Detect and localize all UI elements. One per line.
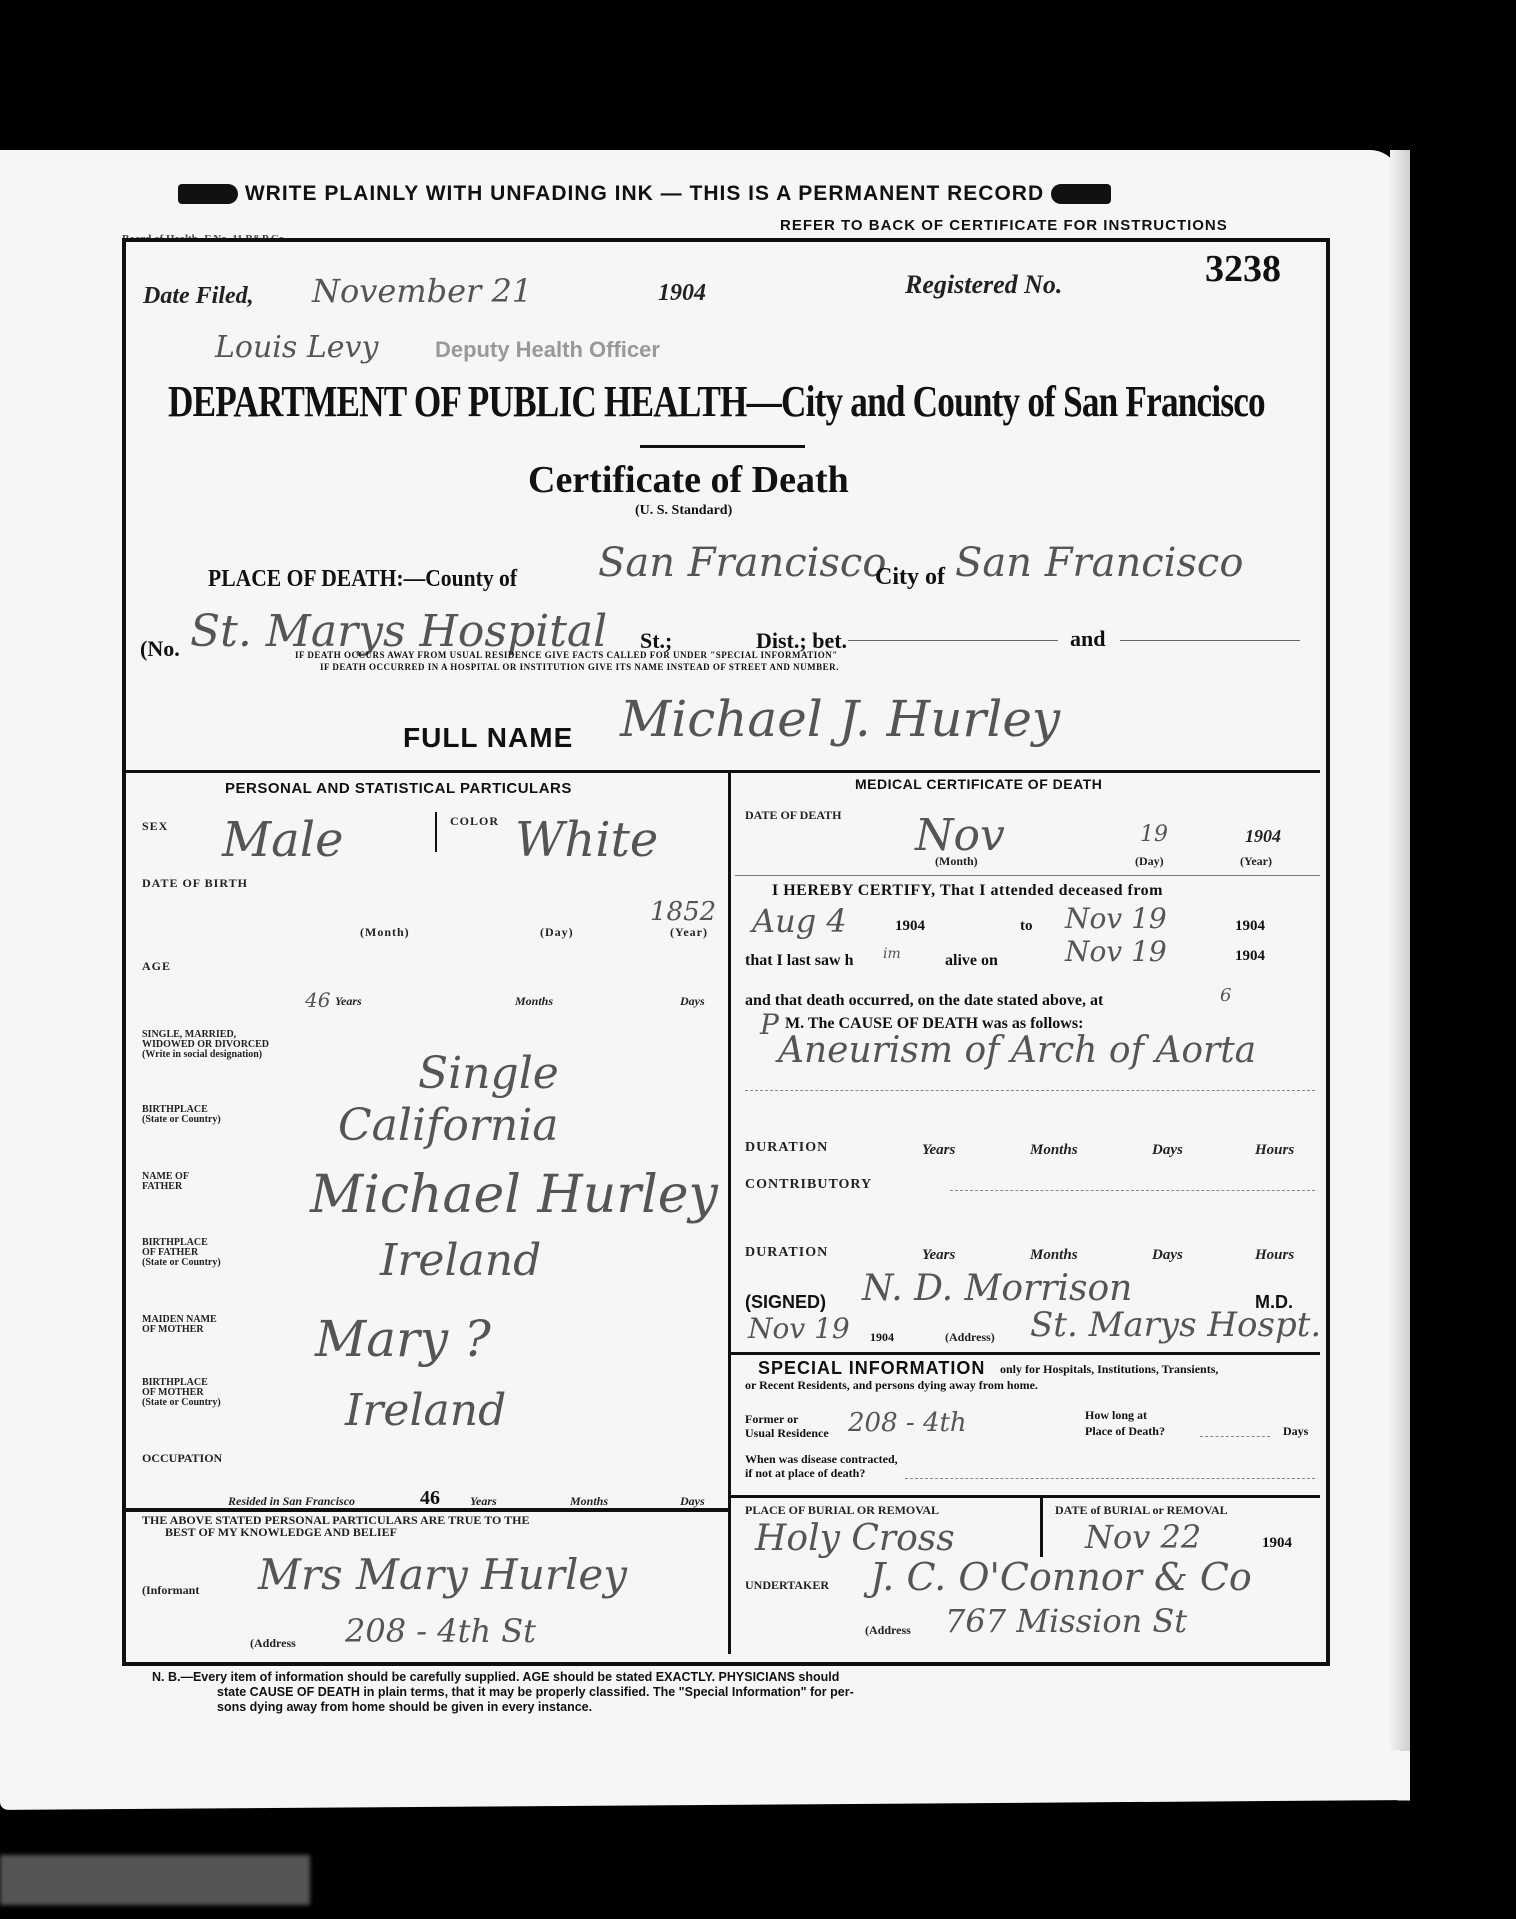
officer-title: Deputy Health Officer: [435, 337, 660, 363]
burial-place-label: PLACE OF BURIAL OR REMOVAL: [745, 1505, 939, 1515]
residence-label-1: Former or: [745, 1412, 798, 1427]
father-label-2: FATHER: [142, 1182, 182, 1192]
undertaker-name: J. C. O'Connor & Co: [870, 1555, 1252, 1599]
duration-label: DURATION: [745, 1143, 828, 1153]
footer-note: N. B.—Every item of information should b…: [152, 1670, 1232, 1715]
mother-birthplace-value: Ireland: [345, 1385, 506, 1436]
section-divider: [126, 770, 1320, 773]
age-label: AGE: [142, 960, 171, 972]
registered-number: 3238: [1205, 247, 1281, 291]
place-of-death-label: PLACE OF DEATH:—County of: [208, 566, 517, 593]
medical-address-label: (Address): [945, 1332, 995, 1342]
signed-year: 1904: [870, 1330, 894, 1345]
mother-value: Mary ?: [315, 1310, 491, 1368]
burial-date: Nov 22: [1085, 1518, 1201, 1556]
age-days-label: Days: [680, 994, 705, 1009]
marital-label-3: (Write in social designation): [142, 1050, 262, 1060]
contributory-line: [950, 1190, 1315, 1191]
date-filed-label: Date Filed,: [143, 283, 254, 310]
duration-months-2: Months: [1030, 1247, 1078, 1264]
color-value: White: [515, 812, 658, 868]
duration-years: Years: [922, 1142, 955, 1159]
attest-line-1: THE ABOVE STATED PERSONAL PARTICULARS AR…: [142, 1515, 529, 1525]
resided-months-label: Months: [570, 1494, 608, 1509]
banner-text: WRITE PLAINLY WITH UNFADING INK — THIS I…: [245, 182, 1044, 205]
burial-top-divider: [730, 1495, 1320, 1498]
sex-label: SEX: [142, 820, 168, 832]
medical-address: St. Marys Hospt.: [1030, 1305, 1321, 1345]
contracted-label-2: if not at place of death?: [745, 1466, 865, 1481]
duration-days-2: Days: [1152, 1247, 1183, 1264]
residence-label-2: Usual Residence: [745, 1426, 829, 1441]
attended-to-year: 1904: [1235, 918, 1265, 935]
and-label: and: [1070, 626, 1105, 652]
cause-value: Aneurism of Arch of Aorta: [778, 1030, 1256, 1071]
father-birthplace-value: Ireland: [380, 1235, 541, 1286]
burial-year: 1904: [1262, 1535, 1292, 1552]
signed-name: N. D. Morrison: [862, 1268, 1132, 1309]
undertaker-address-label: (Address: [865, 1625, 911, 1635]
dob-year: 1852: [650, 897, 716, 927]
age-years: 46: [305, 988, 330, 1012]
dod-day-label: (Day): [1135, 856, 1164, 866]
special-top-divider: [730, 1352, 1320, 1355]
dod-year: 1904: [1245, 826, 1281, 847]
dod-day: 19: [1140, 822, 1168, 847]
duration-label-2: DURATION: [745, 1248, 828, 1258]
informant-name: Mrs Mary Hurley: [258, 1550, 627, 1599]
place-note-2: IF DEATH OCCURRED IN A HOSPITAL OR INSTI…: [320, 662, 839, 672]
burial-place: Holy Cross: [755, 1518, 955, 1559]
attended-from-year: 1904: [895, 918, 925, 935]
footer-line-2: state CAUSE OF DEATH in plain terms, tha…: [152, 1685, 1232, 1700]
undertaker-address: 767 Mission St: [945, 1602, 1187, 1640]
marital-value: Single: [418, 1048, 559, 1099]
certificate-title: Certificate of Death: [528, 458, 849, 502]
special-heading: SPECIAL INFORMATION: [758, 1358, 985, 1379]
dod-label: DATE OF DEATH: [745, 810, 841, 820]
sex-value: Male: [222, 812, 344, 868]
contributory-label: CONTRIBUTORY: [745, 1180, 872, 1190]
dod-month-label: (Month): [935, 856, 978, 866]
pointing-hand-left-icon: [1051, 184, 1111, 204]
last-saw-pronoun: im: [883, 946, 901, 962]
mother-bp-label-3: (State or Country): [142, 1398, 221, 1408]
date-filed-year: 1904: [658, 280, 706, 307]
duration-days: Days: [1152, 1142, 1183, 1159]
cause-line: [745, 1090, 1315, 1091]
informant-address: 208 - 4th St: [345, 1612, 536, 1650]
alive-on-label: alive on: [945, 952, 998, 970]
informant-label: (Informant: [142, 1585, 199, 1595]
to-label: to: [1020, 918, 1033, 935]
duration-months: Months: [1030, 1142, 1078, 1159]
footer-line-1: N. B.—Every item of information should b…: [152, 1670, 1232, 1685]
age-years-label: Years: [335, 994, 362, 1009]
birthplace-label-2: (State or Country): [142, 1115, 221, 1125]
occupation-label: OCCUPATION: [142, 1453, 222, 1463]
registered-label: Registered No.: [905, 270, 1062, 300]
title-divider: [640, 445, 805, 448]
date-filed-value: November 21: [312, 272, 532, 310]
duration-hours-2: Hours: [1255, 1247, 1294, 1264]
how-long-line: [1200, 1436, 1270, 1437]
how-long-label-2: Place of Death?: [1085, 1424, 1165, 1439]
dod-year-label: (Year): [1240, 856, 1272, 866]
officer-signature: Louis Levy: [215, 330, 378, 365]
column-divider: [728, 772, 731, 1654]
personal-heading: PERSONAL AND STATISTICAL PARTICULARS: [225, 780, 572, 797]
attended-to: Nov 19: [1065, 902, 1167, 935]
city-value: San Francisco: [955, 540, 1243, 586]
dist-line: [848, 640, 1058, 641]
banner: WRITE PLAINLY WITH UNFADING INK — THIS I…: [178, 182, 1111, 206]
department-title: DEPARTMENT OF PUBLIC HEALTH—City and Cou…: [168, 376, 1265, 427]
resided-years: 46: [420, 1487, 440, 1510]
certify-text: I HEREBY CERTIFY, That I attended deceas…: [772, 882, 1163, 900]
and-line: [1120, 640, 1300, 641]
resided-days-label: Days: [680, 1494, 705, 1509]
no-label: (No.: [140, 636, 180, 662]
residence-value: 208 - 4th: [848, 1408, 967, 1438]
undertaker-label: UNDERTAKER: [745, 1580, 829, 1590]
special-heading-line2: or Recent Residents, and persons dying a…: [745, 1378, 1038, 1393]
dob-day-label: (Day): [540, 926, 574, 938]
birthplace-value: California: [338, 1100, 559, 1151]
pointing-hand-icon: [178, 184, 238, 204]
instructions-note: REFER TO BACK OF CERTIFICATE FOR INSTRUC…: [780, 217, 1228, 234]
dod-divider: [735, 875, 1320, 876]
age-months-label: Months: [515, 994, 553, 1009]
page-edge: [1390, 150, 1410, 1750]
signed-label: (SIGNED): [745, 1292, 826, 1313]
duration-hours: Hours: [1255, 1142, 1294, 1159]
burial-divider: [1040, 1497, 1043, 1557]
medical-heading: MEDICAL CERTIFICATE OF DEATH: [855, 776, 1102, 792]
mother-label-2: OF MOTHER: [142, 1325, 204, 1335]
duration-years-2: Years: [922, 1247, 955, 1264]
how-long-days-label: Days: [1283, 1424, 1308, 1439]
special-heading-rest: only for Hospitals, Institutions, Transi…: [1000, 1362, 1218, 1377]
sex-color-divider: [435, 812, 437, 852]
footer-line-3: sons dying away from home should be give…: [152, 1700, 1232, 1715]
resided-label: Resided in San Francisco: [228, 1494, 355, 1509]
full-name-label: FULL NAME: [403, 722, 573, 754]
informant-address-label: (Address: [250, 1638, 296, 1648]
attended-from: Aug 4: [752, 902, 847, 940]
place-note-1: IF DEATH OCCURS AWAY FROM USUAL RESIDENC…: [295, 650, 838, 660]
color-label: COLOR: [450, 815, 499, 827]
city-label: City of: [875, 564, 945, 591]
father-bp-label-3: (State or Country): [142, 1258, 221, 1268]
full-name-value: Michael J. Hurley: [620, 690, 1060, 748]
personal-bottom-divider: [126, 1508, 730, 1512]
resided-years-label: Years: [470, 1494, 497, 1509]
page-bottom-edge: [0, 1750, 1410, 1810]
last-saw-label: that I last saw h: [745, 952, 853, 970]
county-value: San Francisco: [598, 540, 886, 586]
dob-month-label: (Month): [360, 926, 410, 938]
burial-date-label: DATE of BURIAL or REMOVAL: [1055, 1505, 1228, 1515]
dob-year-label: (Year): [670, 926, 708, 938]
contracted-line: [905, 1478, 1315, 1479]
father-value: Michael Hurley: [310, 1165, 718, 1225]
last-saw-year: 1904: [1235, 948, 1265, 965]
occurred-text: and that death occurred, on the date sta…: [745, 992, 1103, 1010]
time-hour: 6: [1220, 985, 1231, 1006]
contracted-label-1: When was disease contracted,: [745, 1452, 898, 1467]
standard-label: (U. S. Standard): [635, 503, 732, 519]
time-ampm: P: [760, 1008, 779, 1041]
dob-label: DATE OF BIRTH: [142, 877, 248, 889]
scan-smudge: [0, 1855, 310, 1905]
signed-date: Nov 19: [748, 1312, 850, 1345]
attest-line-2: BEST OF MY KNOWLEDGE AND BELIEF: [165, 1527, 397, 1537]
how-long-label-1: How long at: [1085, 1408, 1147, 1423]
last-saw-date: Nov 19: [1065, 935, 1167, 968]
